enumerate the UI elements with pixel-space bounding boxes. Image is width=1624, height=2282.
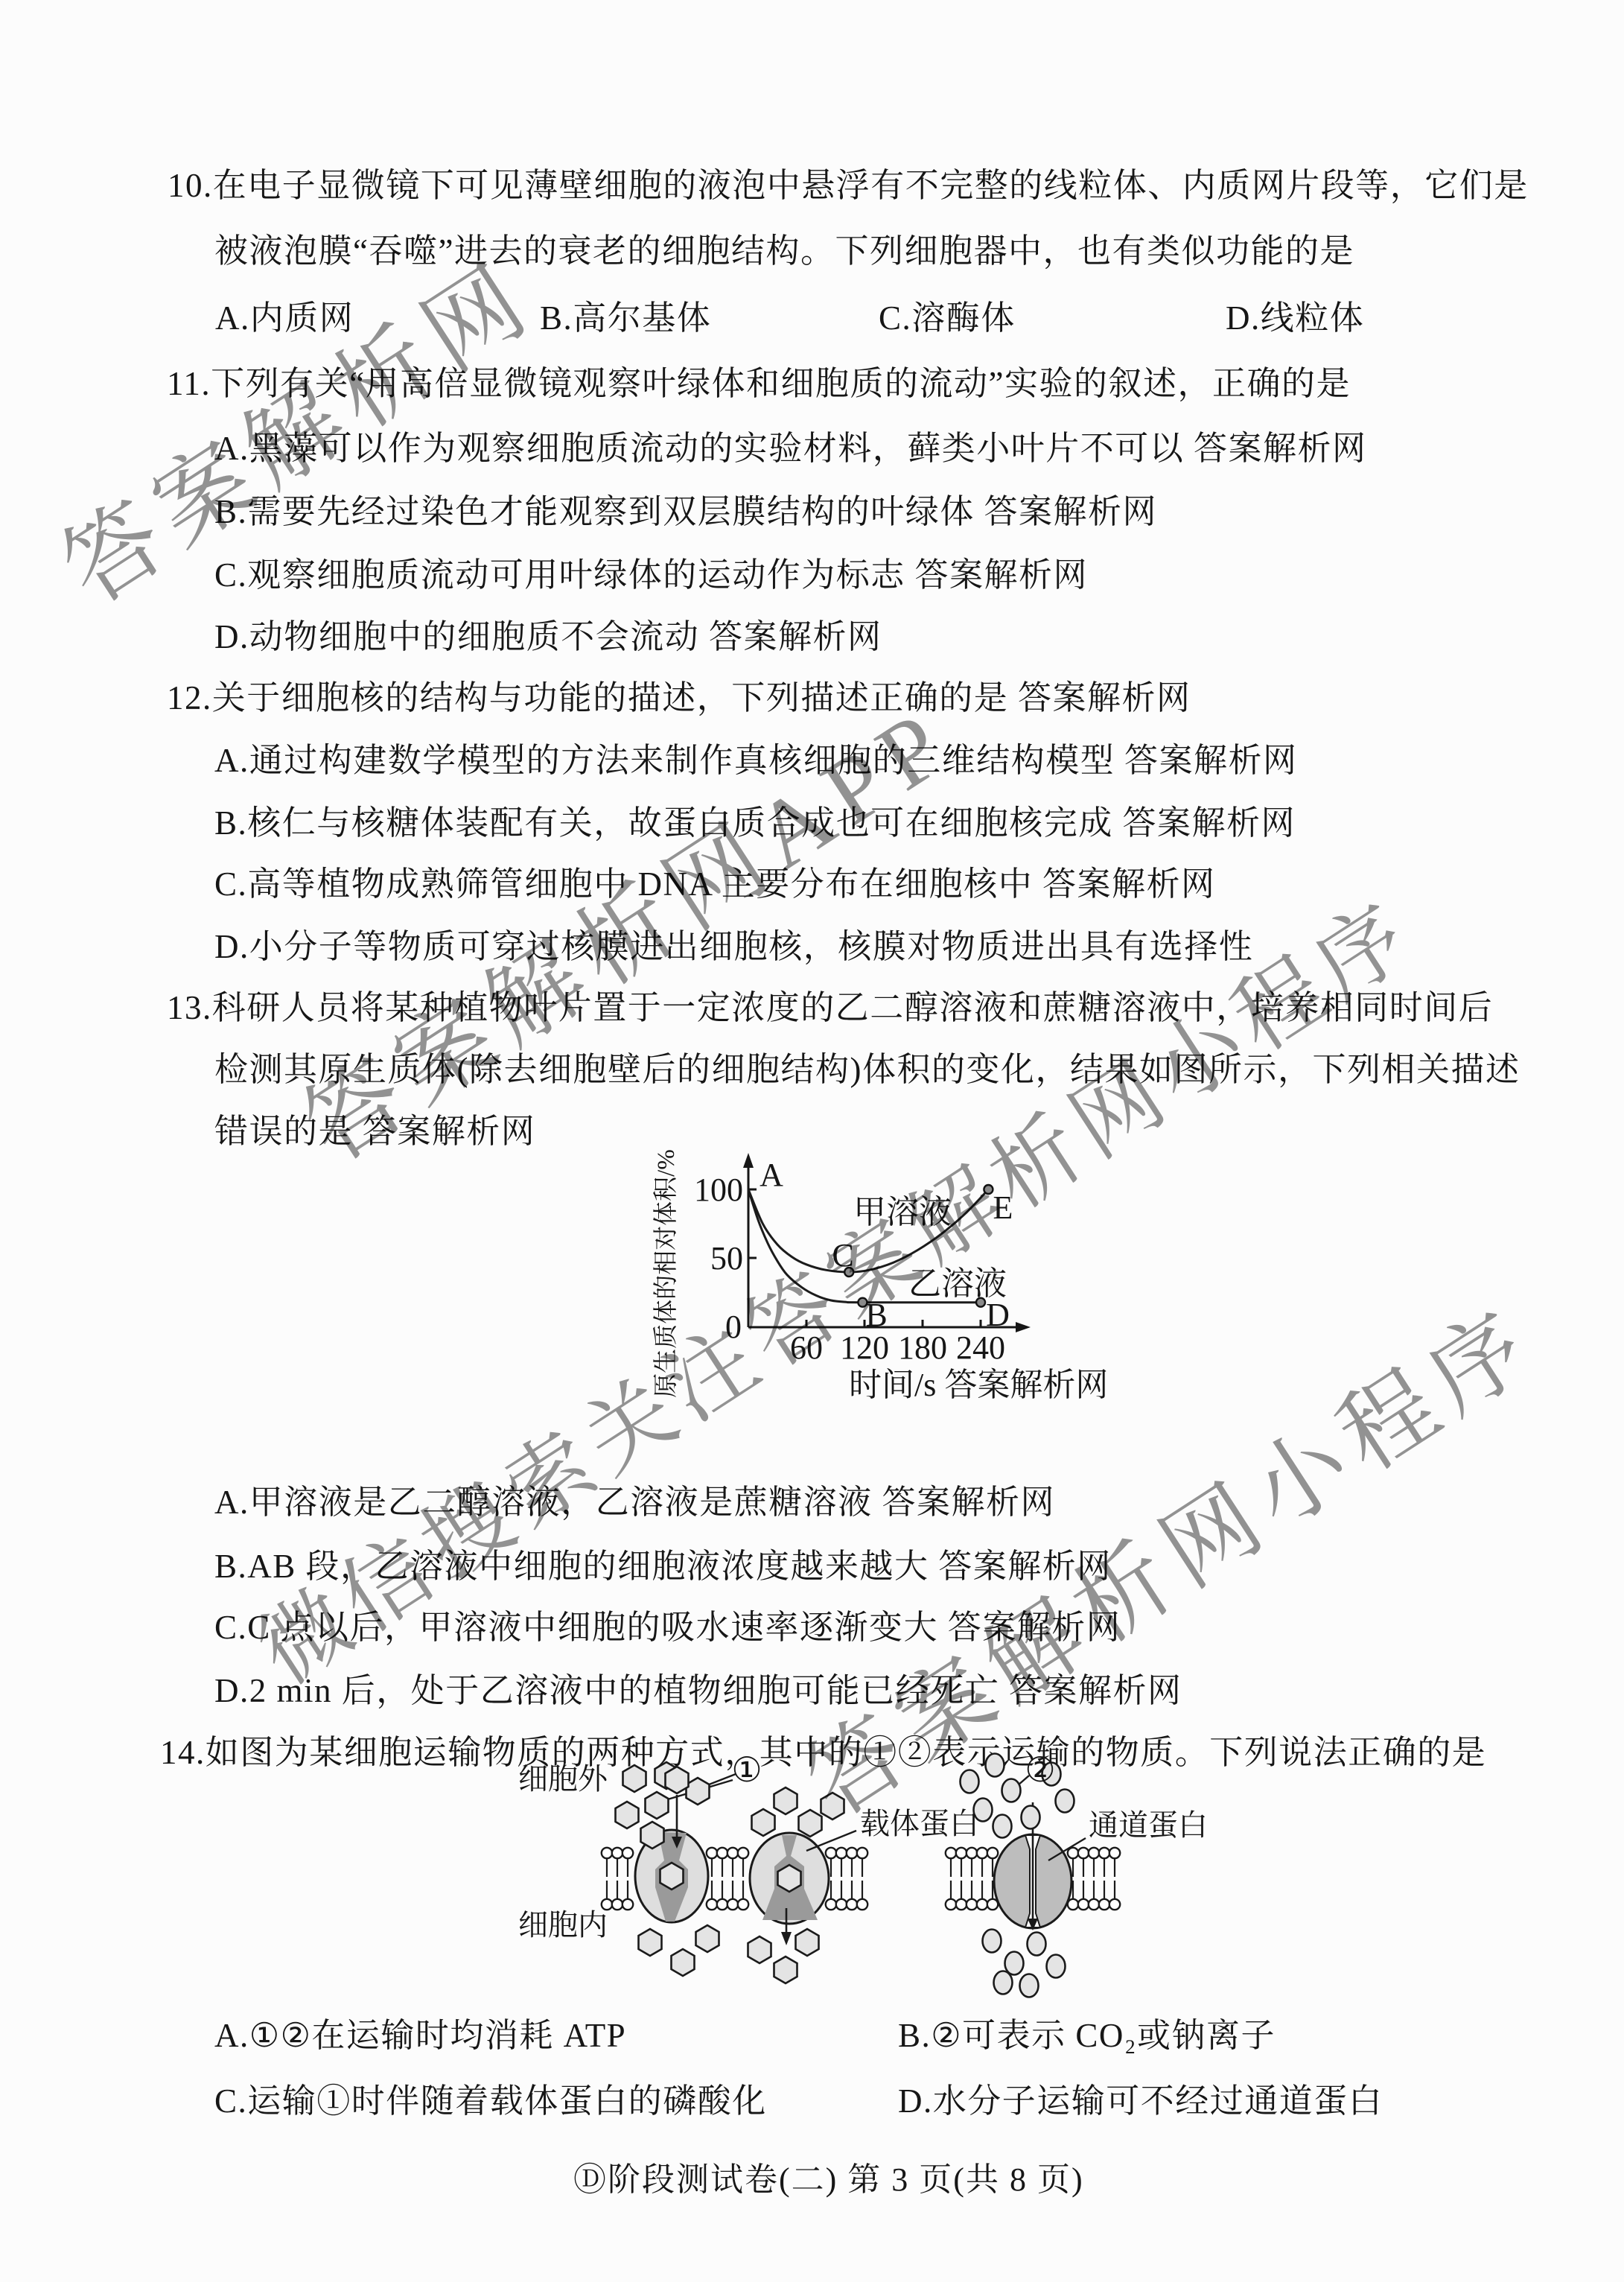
channel-protein-label: 通道蛋白 xyxy=(1089,1808,1208,1842)
intracellular-label: 细胞内 xyxy=(518,1908,608,1942)
q12-stem: 12.关于细胞核的结构与功能的描述，下列描述正确的是 答案解析网 xyxy=(167,670,1191,719)
q10-option-d: D.线粒体 xyxy=(1226,290,1364,339)
extracellular-label: 细胞外 xyxy=(518,1762,608,1796)
q10-stem-line1: 10.在电子显微镜下可见薄壁细胞的液泡中悬浮有不完整的线粒体、内质网片段等，它们… xyxy=(168,158,1529,206)
arrow-head-out-carrier2-icon xyxy=(781,1932,792,1945)
q10-option-c: C.溶酶体 xyxy=(879,290,1016,339)
substance2-label: ② xyxy=(1025,1751,1055,1789)
y-axis-arrow-icon xyxy=(743,1153,754,1168)
q11-option-b: B.需要先经过染色才能观察到双层膜结构的叶绿体 答案解析网 xyxy=(214,484,1157,533)
x-axis-arrow-icon xyxy=(1016,1322,1031,1332)
q14-option-a: A.①②在运输时均消耗 ATP xyxy=(214,2008,626,2056)
substance1-label: ① xyxy=(731,1751,762,1789)
ytick-100: 100 xyxy=(694,1172,743,1208)
q10-option-b: B.高尔基体 xyxy=(540,290,711,339)
exam-page: 答案解析网 答案解析网APP 微信搜索关注答案解析网小程序 答案解析网小程序 1… xyxy=(0,0,1624,2282)
q10-stem-line2: 被液泡膜“吞噬”进去的衰老的细胞结构。下列细胞器中，也有类似功能的是 xyxy=(214,223,1354,272)
q14-option-c: C.运输①时伴随着载体蛋白的磷酸化 xyxy=(214,2073,767,2122)
x-axis-label: 时间/s 答案解析网 xyxy=(849,1367,1108,1403)
q14-option-b: B.②可表示 CO₂或钠离子 xyxy=(898,2008,1276,2056)
point-label-a: A xyxy=(760,1157,783,1193)
xtick-240: 240 xyxy=(956,1329,1005,1366)
q11-option-d: D.动物细胞中的细胞质不会流动 答案解析网 xyxy=(214,609,882,658)
point-label-d: D xyxy=(986,1297,1010,1333)
page-footer: Ⓓ阶段测试卷(二) 第 3 页(共 8 页) xyxy=(573,2152,1084,2200)
q11-option-c: C.观察细胞质流动可用叶绿体的运动作为标志 答案解析网 xyxy=(214,547,1088,596)
q14-option-d: D.水分子运输可不经过通道蛋白 xyxy=(898,2073,1383,2122)
xtick-180: 180 xyxy=(898,1329,947,1366)
